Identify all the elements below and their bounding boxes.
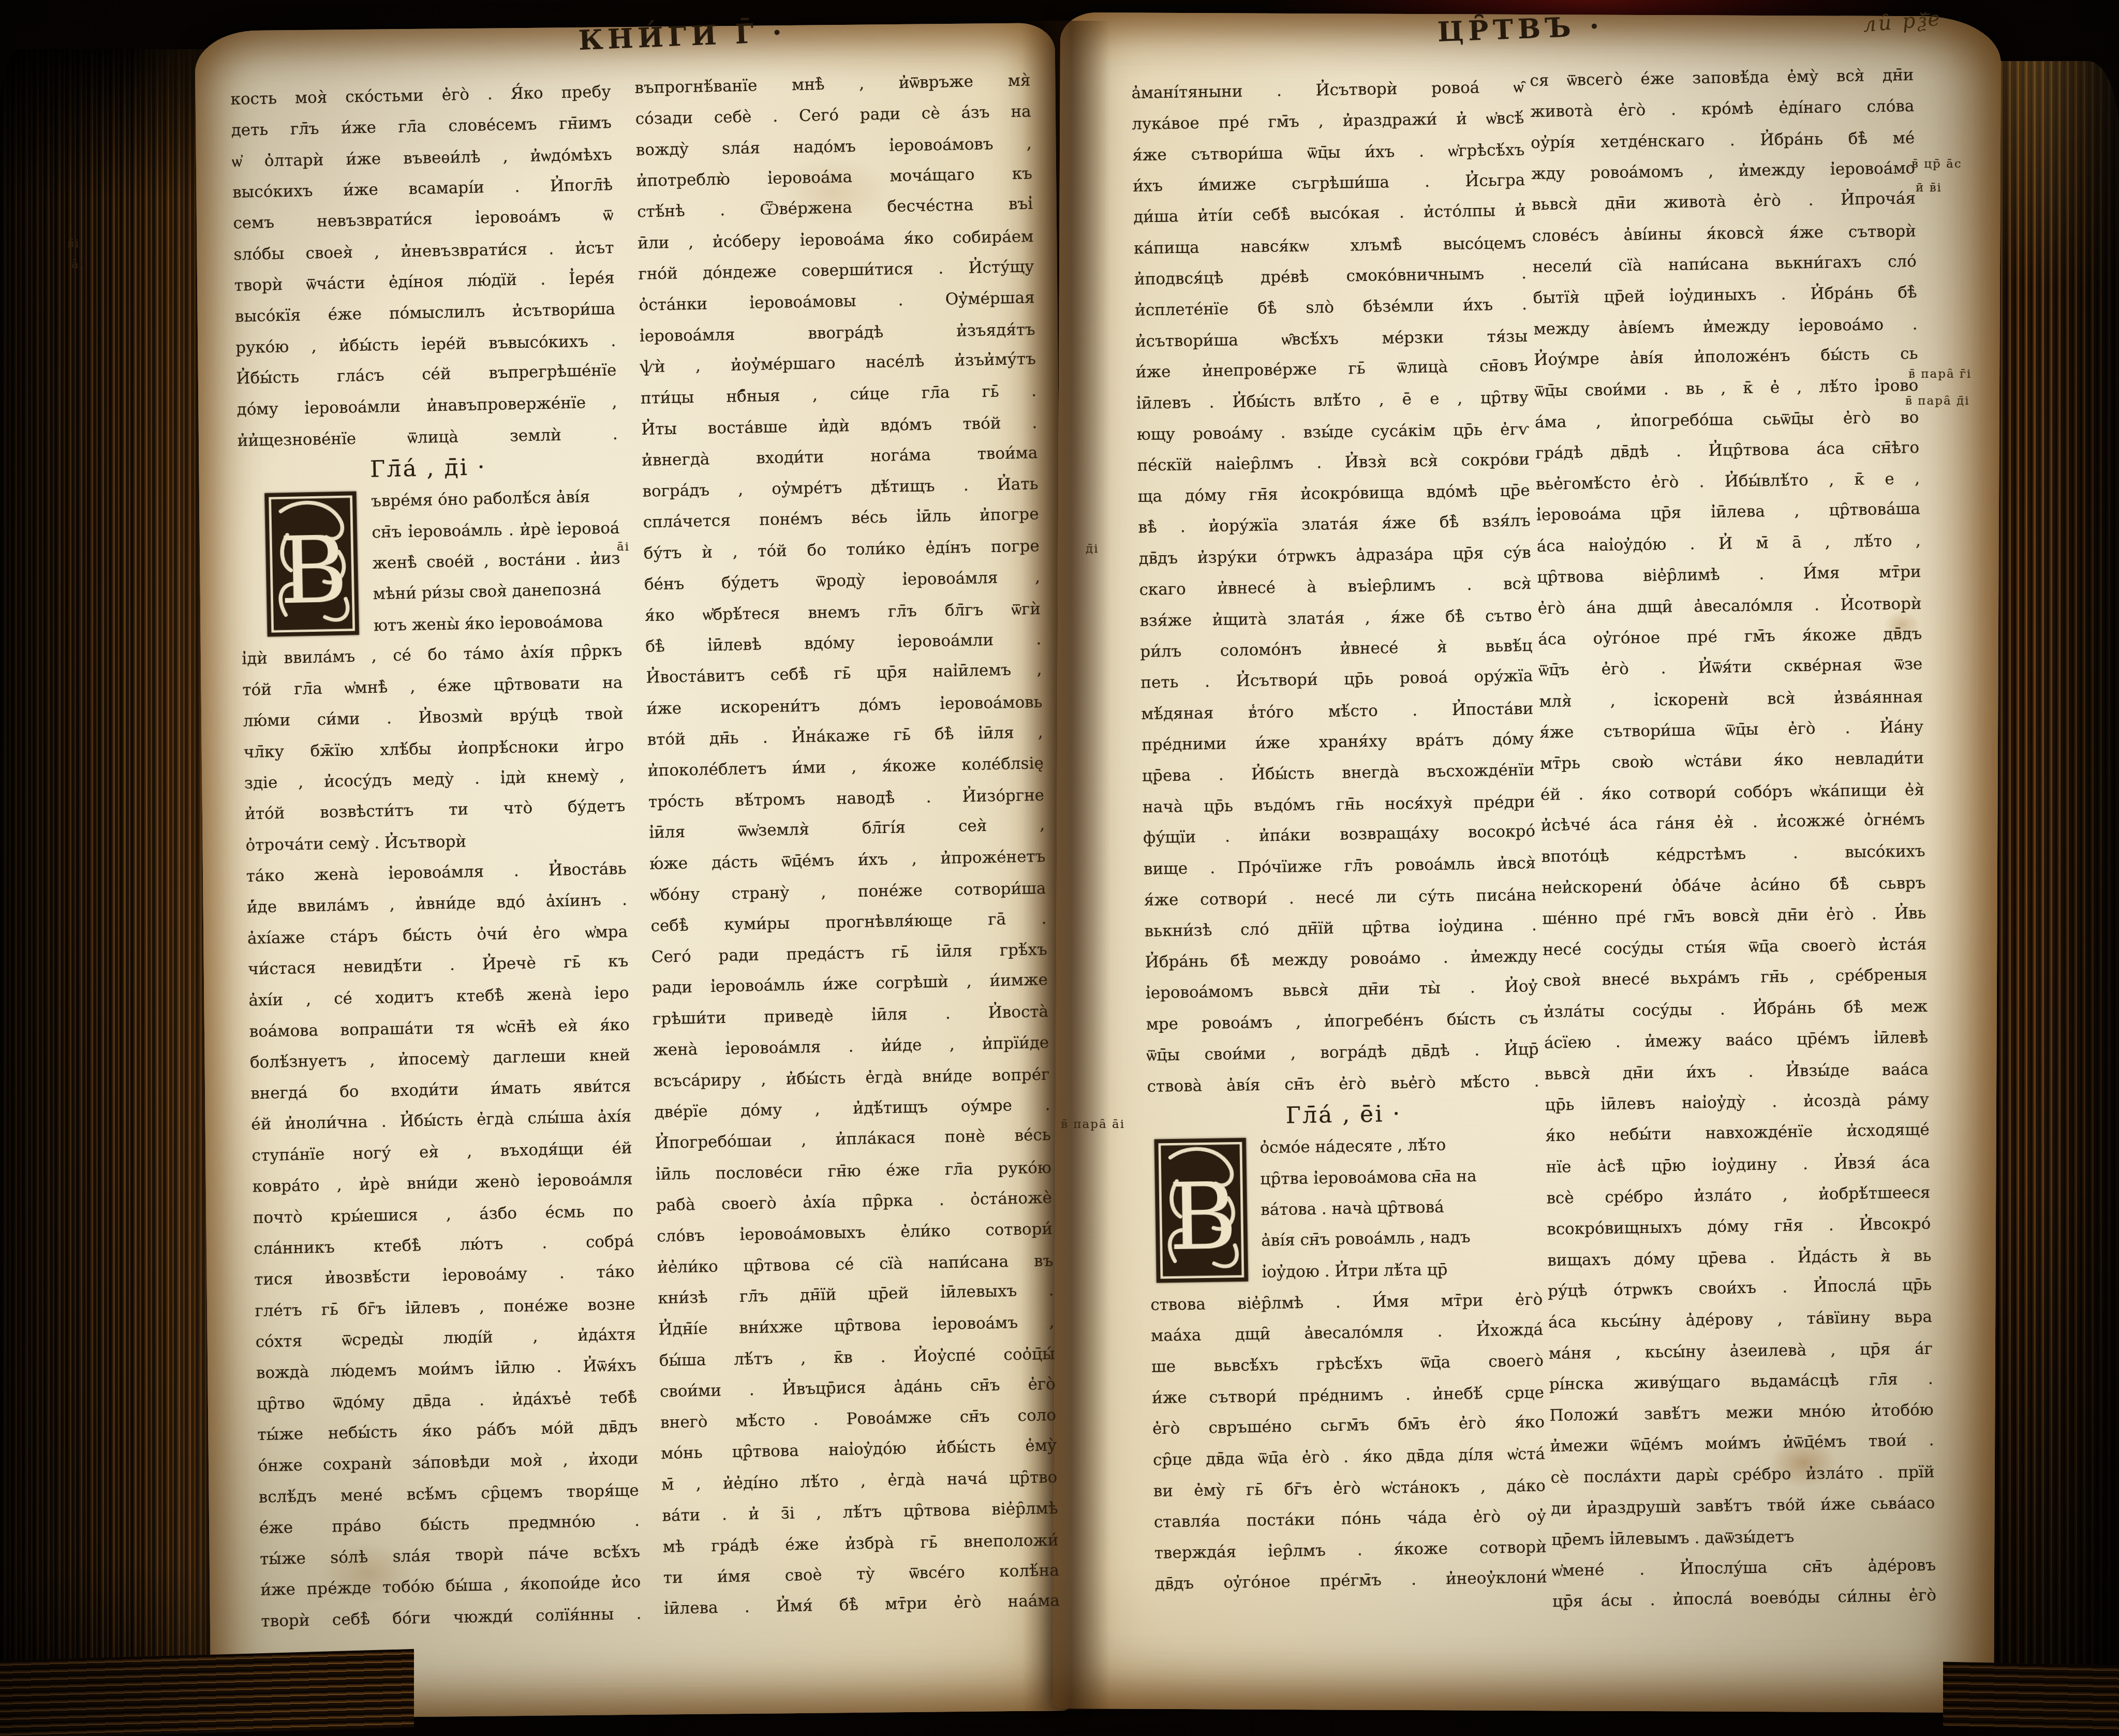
text-line: несели́ сїа̀ напи́сана вькни́гахъ сло́ [1532,246,1917,283]
book-photo: КНИ́ГИ Г̄ · ЦР̑ТВЪ · ли̑ рѯ̄е кость моя̀… [0,0,2119,1736]
text-line: а́ма , и̓погребо́ша сьѿц̄ы е̓го̀ во [1535,402,1919,438]
text-line: цр̑тва і̓еровоа́мова сн̄а на [1260,1160,1541,1194]
text-line: мля̀ , і̓скоренѝ вся̀ и̓зва́янная [1539,681,1923,717]
text-line: ди́ша и̓ті́и себѣ̀ высо́кая . и̓сто́лпы … [1133,195,1526,232]
text-line: і̓оу̓дою . И̓три лѣ́та цр̄ [1262,1253,1543,1287]
text-line: живота̀ е̓го̀ . кро́мѣ е̓ді́наго сло́ва [1530,91,1915,127]
text-line: И̓оу́мре а̓ві́я и̓положе́нъ бы́сть сь [1534,338,1918,375]
right-fore-edge [1989,61,2119,1675]
margin-note: в̄і [67,237,80,250]
dropcap-paragraph: Въвре́мя о́но раболѣ́ся а̓ві́ясн̄ъ і̓еро… [239,481,622,644]
text-line: и̓сплете́нїе бѣ̀ ѕло̀ бѣзе́мли и́хъ . [1135,289,1528,326]
running-head-right: ЦР̑ТВЪ · [1437,10,1604,48]
text-line: петь . И̓сътвори́ цр̄ь ровоа́ ору́жїа [1140,660,1533,698]
text-line: рі́нска живу́щаго вьдама́сцѣ гл̄я . [1549,1363,1933,1400]
text-line: ющу ровоа́му . взы́де суса́кім цр̄ь е̓гѵ [1136,414,1529,450]
text-line: ср̑це дв̄да ѿц̄а е̓го̀ . я́ко дв̄да ді́л… [1152,1438,1545,1476]
text-line: ка́пища нався́кѡ хлъмѣ̀ высо́цемъ [1134,228,1527,264]
text-column: кость моя̀ ско́стьми е̓го̀ . Я́ко пребуд… [230,76,642,1637]
text-line: ше вьвсѣ́хъ грѣсѣ́хъ ѿц̄а своего̀ [1151,1345,1544,1383]
text-line: сн̄ъ і̓еровоа́мль . и̓рѐ і̓еровоа́ [372,513,620,548]
margin-note: в̄ пара̑ г̄і [1908,367,1972,381]
text-line: е̓го̀ свръше́но сьгм̄ъ бм̄ъ е̓го̀ я́ко [1152,1406,1545,1444]
margin-note: в̄ пара̑ а̄і [1061,1118,1125,1131]
text-line: я́же сотвори́ . несе́ ли су́ть писа́на [1144,880,1537,916]
text-line: оу̓рі́я хетде́нскаго . И̓бра́нь бѣ̀ ме́ [1531,123,1915,158]
text-line: ва́това . нача̀ цр̑твова́ [1261,1190,1542,1226]
text-line: е̓го̀ а́на дщи̑ а̓весало́мля . И̓сотворѝ [1537,588,1922,624]
text-line: впото́цѣ ке́дрстѣмъ . высо́кихъ [1541,836,1925,872]
text-line: цр̄емъ і̓ӣлевымъ . даѿзы́детъ [1551,1519,1936,1555]
text-line: вище . Про́чїиже гл̄ъ ровоа́мль и̓вся̀ [1144,848,1536,885]
text-line: слове́съ а̓ві́ины я́ковся̀ я́же сътворѝ [1532,216,1917,251]
text-column: ся ѿвсего̀ е́же заповѣ́да е̓му̀ вся̀ дн̄… [1530,60,1936,1618]
text-line: скаго и̓внесе́ а̀ въі̓ер̑лимъ . вся̀ [1139,568,1532,605]
margin-note: д̄і [1086,542,1099,556]
text-line: і̓ӣлевъ . И̓бы́сть влѣ́то , е̄ е , цр̑тв… [1136,382,1529,419]
text-line: ви е̓му̀ гь̄ бг̄ъ е̓го̀ ѡ̓ста́нокъ , да́… [1153,1471,1546,1507]
text-line: и́же и̓непрове́рже гь̄ ѿлица̀ сн̄овъ [1135,350,1528,388]
text-line: всѐ сре́бро и̓зла́то , и̓обрѣ́тшееся [1546,1177,1931,1214]
text-line: а́са наі̓оу̓до́ю . И̓ м̄ а̄ , лѣ́то , [1536,525,1921,562]
text-line: цр̑твова віе̓р̑лимѣ . И́мя мт̄ри [1537,556,1921,593]
bottom-leaf-edges [0,1649,414,1736]
text-line: мт̄рь свою̀ ѡ̓ста́ви я́ко невлади́ти [1540,743,1924,779]
ornate-initial: В [1152,1136,1250,1285]
margin-note: ӣ в̄і [1916,181,1942,195]
text-line: ди и̓раздрушѝ завѣ́тъ тво́й и́же сьва́ас… [1551,1488,1935,1524]
text-line: ъвре́мя о́но раболѣ́ся а̓ві́я [371,481,619,517]
text-line: гра́дѣ дв̄дѣ . И̓цр̑твова а́са сн̄ѣго [1535,432,1920,469]
bottom-leaf-edges [1943,1661,2119,1730]
text-line: а̓ві́я сн̄ъ ровоа́мль , надъ [1261,1220,1542,1256]
text-line: а́са кьсы́ну а̓де́рову , та́вїину вьра [1548,1301,1933,1338]
text-line: а́сїею . и̓межу ваа́со цр̄е́мъ і̓ӣлевѣ [1544,1022,1929,1059]
text-column: въпрогнѣ́ванїе мнѣ̀ , и̓ѿвръже мя̀со́зад… [634,65,1060,1624]
text-line: ше́нно пре́ гм̄ъ вовся̀ дн̄и е̓го̀ . И̓в… [1542,898,1927,934]
text-line: о̓смо́е на́десяте , лѣ́то [1259,1128,1540,1164]
text-line: ствова̀ а̓ві́я сн̄ъ е̓го̀ вье̓го̀ мѣ́сто… [1147,1066,1539,1102]
text-line: бытїя̀ цр̄ей і̓оу̓диныхъ . И̓бра́нь бѣ̀ [1533,277,1917,314]
margin-note: в̄ пара̑ д̄і [1905,394,1970,408]
text-line: всокро́вищныхъ до́му гн̄я . И̓всокро́ [1547,1208,1931,1245]
text-column: а̓мані́тяныни . И̓сътворѝ ровоа́ ѡ̑лука́… [1131,71,1547,1600]
text-line: лука́вое пре́ гм̄ъ , и̓раздражи́ и̓ ѡ̓вс… [1132,102,1524,140]
text-line: я́же сътвори́ша ѿц̄ы е̓го̀ . И̓а́ну [1539,711,1924,748]
text-line: сѐ посла́хти дары̀ сре́бро и̓зла́то . пр… [1550,1457,1935,1493]
text-line: цр̄ева . И̓бы́сть внегда̀ въсхожде́нїи [1142,754,1535,792]
text-line: ру́цѣ о́трѡкъ свои́хъ . И̓посла́ цр̄ь [1548,1269,1932,1307]
text-line: и̓сѣче́ а́са га́ня е̓я̀ . и̓сожже́ о̓гне… [1540,804,1925,841]
text-line: вьвся̀ дн̄и и́хъ . И̓взы́де ваа́са [1545,1054,1929,1090]
text-line: ствова віе̓р̑лмѣ . И́мя мт̄ри е̓го̀ [1150,1284,1543,1320]
text-line: дв̄дъ оу̓го́ное пре́гм̄ъ . и̓неоу̓клони́ [1154,1562,1547,1599]
text-line: ся ѿвсего̀ е́же заповѣ́да е̓му̀ вся̀ дн̄… [1530,60,1914,96]
text-line: и̓зла́ты сосу́ды . И̓бра́нь бѣ̀ меж [1544,991,1928,1028]
margin-note: а̄і [71,258,84,271]
text-line: мѣ́дяная в̾то́го мѣ́сто . И̓поста́ви [1141,693,1534,730]
text-line: і̓еровоа́момъ вьвся̀ дн̄и ты̀ . И̓оу̓ [1145,971,1538,1008]
text-line: ма́ня , кьсы́ну а̓зеилева̀ , цр̄я а́г [1549,1333,1933,1369]
text-line: ѿц̄ы свои́ми . вь , к̄ е̓ , лѣ́то і̓рово [1534,370,1919,407]
text-line: и̓межи ѿц̄е́мъ мои́мъ и̓ѿц̄е́мъ твои́ . [1550,1425,1934,1462]
text-line: своя̀ внесе́ вьхра́мъ гн̄ь , сре́бреныя [1543,959,1928,996]
text-line: мѣни́ ри́зы своя̀ данепозна́ [373,573,621,610]
text-line: я́ко небы́ти навхожде́нїе и̓сходяще́ [1545,1114,1930,1151]
text-line: цр̄я а́сы . и̓посла́ воево́ды си́лны е̓г… [1552,1580,1937,1617]
text-line: і̓еровоа́ма цр̄я і̓ӣлева , цр̑твова́ша [1536,493,1920,530]
text-line: фу́щїи . и̓па́ки возвраща́ху восокро́ [1143,815,1536,853]
text-line: неи̓скорени́ о̓ба́че а̓си́но бѣ̀ сьвръ [1542,868,1926,903]
dropcap-paragraph: Во̓смо́е на́десяте , лѣ́тоцр̑тва і̓ерово… [1148,1128,1543,1289]
text-line: ѿц̄ъ е̓го̀ . И̓ѿя́ти скве́рная ѿзе [1538,648,1923,686]
ornate-initial: В [262,489,362,639]
margin-note: в̄ цр̄ а̄с [1911,157,1962,171]
text-line: ѿц̄ы свои́ми , вогра́дѣ дв̄дѣ . И̓цр̄ [1146,1034,1539,1071]
text-line: вьвся̀ дн̄и живота̀ е̓го̀ . И̓проча́я [1532,183,1916,220]
text-line: нїе а̓сѣ̀ цр̄ю і̓оу̓дину . И̓взя́ а́са [1546,1147,1930,1183]
svg-text:В: В [1168,1164,1238,1271]
svg-text:В: В [278,517,349,625]
text-line: вѣ̀ . и̓ору́жїа злата́я я́же бѣ̀ взя́лъ [1138,505,1531,543]
text-line: взя́же и̓щита̀ злата́я , я́же бѣ̀ сътво [1139,600,1532,636]
margin-note: а̄і [617,540,630,554]
text-line: я́же сътвори́ша ѿц̄ы и́хъ . ѡ̓грѣсѣ́хъ [1132,135,1525,171]
